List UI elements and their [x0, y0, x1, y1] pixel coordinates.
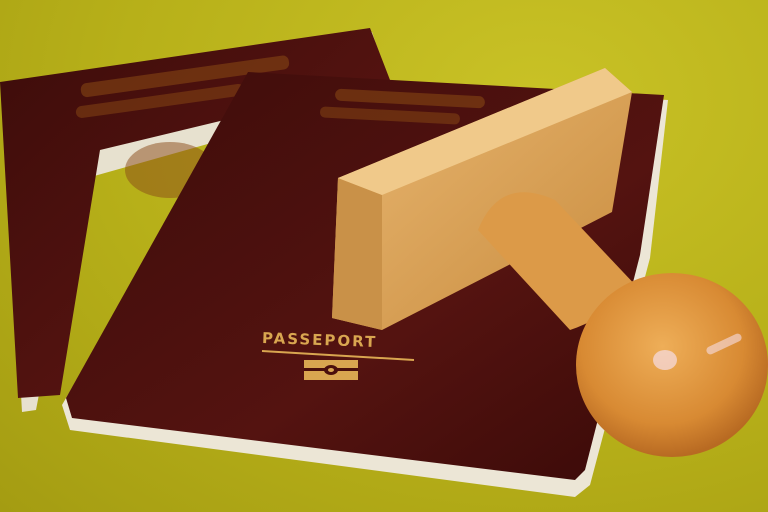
biometric-chip-icon — [304, 360, 358, 380]
photo-scene: PASSEPORT — [0, 0, 768, 512]
passport-photo — [0, 0, 768, 512]
